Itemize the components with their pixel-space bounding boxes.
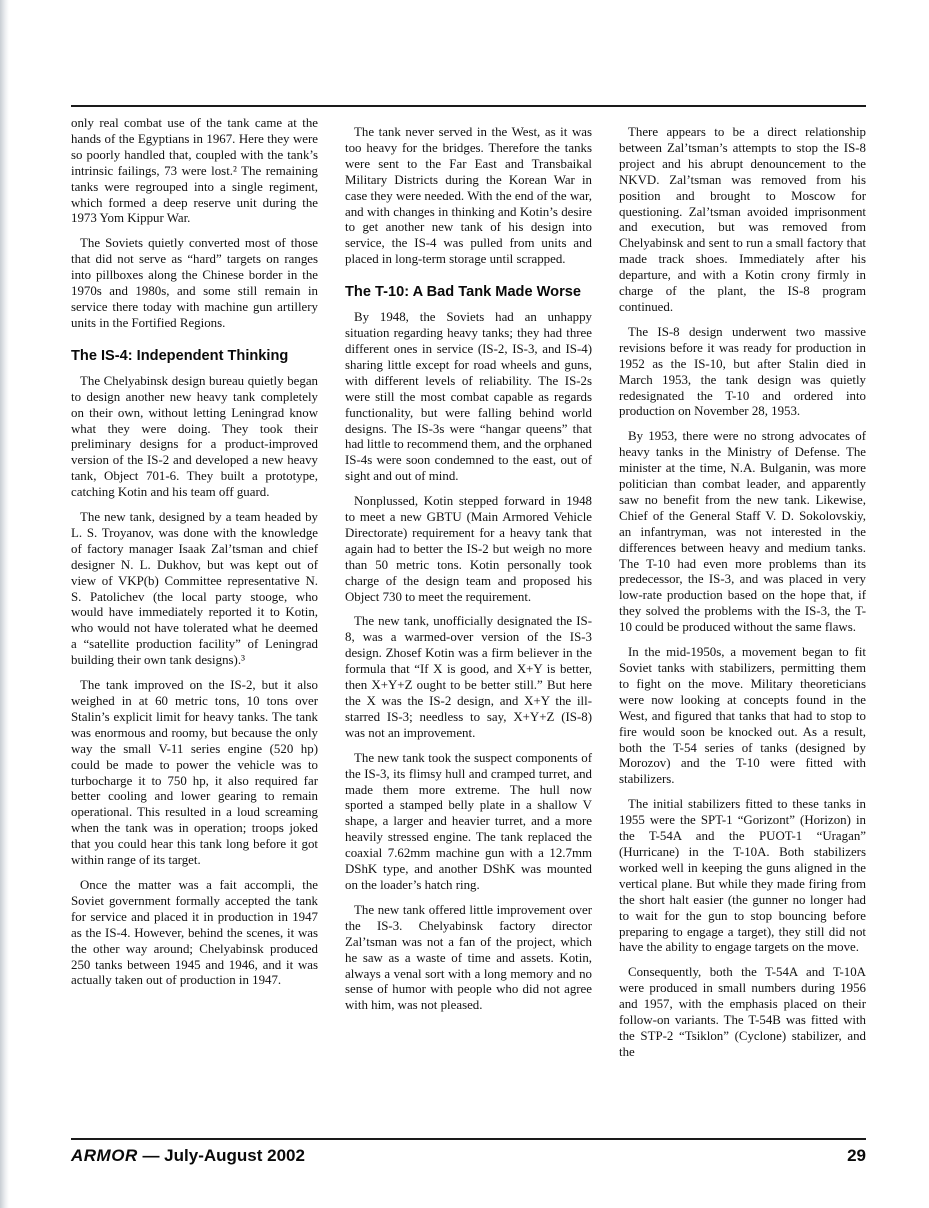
footer: ARMOR — July-August 2002 29 [71, 1146, 866, 1166]
footer-journal-line: ARMOR — July-August 2002 [71, 1146, 305, 1166]
section-heading: The T-10: A Bad Tank Made Worse [345, 284, 592, 301]
issue-date: — July-August 2002 [142, 1146, 305, 1165]
paragraph: Nonplussed, Kotin stepped forward in 194… [345, 494, 592, 605]
paragraph: The Soviets quietly converted most of th… [71, 236, 318, 331]
footer-rule [71, 1138, 866, 1140]
paragraph: The tank never served in the West, as it… [345, 125, 592, 268]
journal-title: ARMOR [71, 1146, 138, 1165]
paragraph: By 1948, the Soviets had an unhappy situ… [345, 310, 592, 485]
paragraph: The Chelyabinsk design bureau quietly be… [71, 374, 318, 501]
paragraph: The new tank took the suspect components… [345, 751, 592, 894]
paragraph: By 1953, there were no strong advocates … [619, 429, 866, 636]
column-middle: The tank never served in the West, as it… [345, 116, 592, 1132]
paragraph: only real combat use of the tank came at… [71, 116, 318, 227]
article-body: only real combat use of the tank came at… [71, 116, 866, 1132]
page-scan-edge [0, 0, 9, 1208]
paragraph: The new tank, designed by a team headed … [71, 510, 318, 669]
paragraph: There appears to be a direct relationshi… [619, 125, 866, 316]
column-right: There appears to be a direct relationshi… [619, 116, 866, 1132]
paragraph: Consequently, both the T-54A and T-10A w… [619, 965, 866, 1060]
paragraph: The tank improved on the IS-2, but it al… [71, 678, 318, 869]
page-number: 29 [847, 1146, 866, 1166]
column-left: only real combat use of the tank came at… [71, 116, 318, 1132]
top-rule [71, 105, 866, 107]
paragraph: In the mid-1950s, a movement began to fi… [619, 645, 866, 788]
paragraph: The new tank, unofficially designated th… [345, 614, 592, 741]
paragraph: The IS-8 design underwent two massive re… [619, 325, 866, 420]
paragraph: The initial stabilizers fitted to these … [619, 797, 866, 956]
paragraph: The new tank offered little improvement … [345, 903, 592, 1014]
issue-date-text: — July-August 2002 [142, 1146, 305, 1165]
paragraph: Once the matter was a fait accompli, the… [71, 878, 318, 989]
section-heading: The IS-4: Independent Thinking [71, 348, 318, 365]
